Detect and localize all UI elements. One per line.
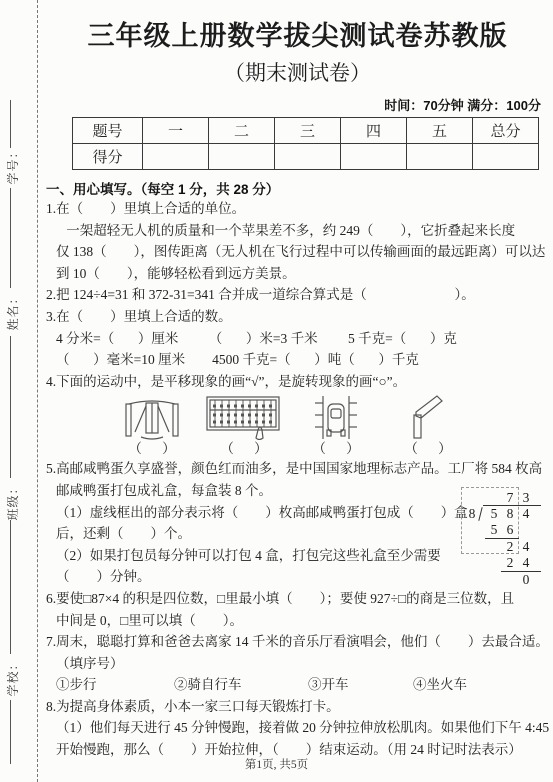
class-label: 班级：: [4, 479, 18, 523]
q8-line-1: 8.为提高身体素质，小本一家三口每天锻炼打卡。: [46, 696, 549, 718]
division-digit: 6: [503, 522, 517, 537]
score-cell: [209, 144, 275, 170]
q7-stem: 7.周末，聪聪打算和爸爸去离家 14 千米的音乐厅看演唱会，他们（ ）去最合适。: [46, 631, 549, 653]
division-digit: 8: [503, 506, 517, 521]
q1-line-1: 1.在（ ）里填上合适的单位。: [46, 198, 549, 220]
q7-option-3: ③开车: [308, 674, 413, 696]
time-score-info: 时间：70分钟 满分：100分: [46, 95, 549, 114]
figure-revolving-door: （ ）: [106, 396, 198, 458]
q5-line-1: 5.高邮咸鸭蛋久享盛誉，颜色红而油多，是中国国家地理标志产品。工厂将 584 枚…: [46, 458, 549, 480]
header-part-3: 三: [275, 118, 341, 144]
score-table: 题号 一 二 三 四 五 总分 得分: [72, 117, 539, 170]
q7-option-2: ②骑自行车: [174, 674, 308, 696]
page-title: 三年级上册数学拔尖测试卷苏教版: [46, 14, 549, 53]
student-info-line: [10, 700, 11, 764]
student-id-label: 学号：: [4, 143, 18, 187]
q5-subquestions: 7 3 8 5 8 4 5 6 2 4 2 4 0 （1）虚线框出的部分表示将（…: [46, 502, 549, 588]
q7-option-4: ④坐火车: [413, 674, 467, 696]
q1-line-4: 到 10（ ），能够轻松看到远方美景。: [46, 263, 549, 285]
division-digit: 7: [503, 490, 517, 505]
q7-options-row: ①步行 ②骑自行车 ③开车 ④坐火车: [46, 674, 549, 696]
q3-line-3: （ ）毫米=10 厘米 4500 千克=（ ）吨（ ）千克: [46, 349, 549, 371]
q7-hint: （填序号）: [46, 653, 549, 675]
division-digit: 4: [519, 539, 533, 554]
q7-option-1: ①步行: [46, 674, 174, 696]
division-digit: 5: [487, 522, 501, 537]
student-info-line: [10, 188, 11, 288]
division-digit: 2: [503, 539, 517, 554]
score-cell: [407, 144, 473, 170]
figure-abacus: （ ）: [198, 396, 290, 458]
page-subtitle: （期末测试卷）: [46, 57, 549, 87]
header-part-4: 四: [341, 118, 407, 144]
q6-line-1: 6.要使□87×4 的积是四位数，□里最小填（ ）；要使 927÷□的商是三位数…: [46, 588, 549, 610]
division-digit: 0: [519, 572, 533, 587]
abacus-icon: [206, 396, 282, 440]
q4-answer-blank: （ ）: [312, 440, 359, 458]
q6-line-2: 中间是 0，□里可以填（ ）。: [46, 610, 549, 632]
revolving-door-icon: [123, 396, 181, 440]
student-info-line: [10, 520, 11, 654]
header-part-5: 五: [407, 118, 473, 144]
header-part-2: 二: [209, 118, 275, 144]
q4-answer-blank: （ ）: [220, 440, 267, 458]
section-1-heading: 一、用心填写。（每空 1 分，共 28 分）: [46, 178, 549, 198]
q4-answer-blank: （ ）: [128, 440, 175, 458]
page-number: 第1页, 共5页: [0, 756, 553, 772]
header-question-no: 题号: [73, 118, 143, 144]
q4-stem: 4.下面的运动中，是平移现象的画“√”，是旋转现象的画“○”。: [46, 371, 549, 393]
division-digit: 4: [519, 506, 533, 521]
division-digit: 4: [519, 555, 533, 570]
paper-content: 三年级上册数学拔尖测试卷苏教版 （期末测试卷） 时间：70分钟 满分：100分 …: [46, 0, 549, 761]
q3-line-2: 4 分米=（ ）厘米 （ ）米=3 千米 5 千克=（ ）克: [46, 328, 549, 350]
q4-answer-blank: （ ）: [404, 440, 451, 458]
score-cell: [275, 144, 341, 170]
q8-sub1-line-1: （1）他们每天进行 45 分钟慢跑，接着做 20 分钟拉伸放松肌肉。如果他们下午…: [46, 717, 549, 739]
header-part-1: 一: [143, 118, 209, 144]
student-info-line: [10, 336, 11, 478]
score-cell: [143, 144, 209, 170]
score-table-header-row: 题号 一 二 三 四 五 总分: [73, 118, 539, 144]
q4-figure-row: （ ）: [106, 394, 549, 458]
score-table-score-row: 得分: [73, 144, 539, 170]
binding-dashed-line: [37, 0, 38, 782]
q1-line-2: 一架超轻无人机的质量和一个苹果差不多，约 249（ ），它折叠起来长度: [46, 220, 549, 242]
student-info-line: [10, 100, 11, 148]
division-digit: 2: [503, 555, 517, 570]
score-cell: [341, 144, 407, 170]
figure-barrier-gate: （ ）: [382, 394, 474, 458]
test-paper-page: 学号： 姓名： 班级： 学校： 三年级上册数学拔尖测试卷苏教版 （期末测试卷） …: [0, 0, 553, 782]
car-lift-icon: [314, 394, 358, 440]
q3-line-1: 3.在（ ）里填上合适的数。: [46, 306, 549, 328]
division-digit: 5: [487, 506, 501, 521]
barrier-gate-icon: [407, 394, 449, 440]
q1-line-3: 仅 138（ ），图传距离（无人机在飞行过程中可以传输画面的最远距离）可以达: [46, 241, 549, 263]
score-row-label: 得分: [73, 144, 143, 170]
q2-line-1: 2.把 124÷4=31 和 372-31=341 合并成一道综合算式是（ ）。: [46, 284, 549, 306]
figure-car-lift: （ ）: [290, 394, 382, 458]
division-digit: 3: [519, 490, 533, 505]
long-division-figure: 7 3 8 5 8 4 5 6 2 4 2 4 0: [459, 490, 547, 586]
score-cell: [473, 144, 539, 170]
student-name-label: 姓名：: [4, 289, 18, 333]
division-divisor: 8: [465, 506, 479, 521]
school-label: 学校：: [4, 655, 18, 699]
header-total: 总分: [473, 118, 539, 144]
